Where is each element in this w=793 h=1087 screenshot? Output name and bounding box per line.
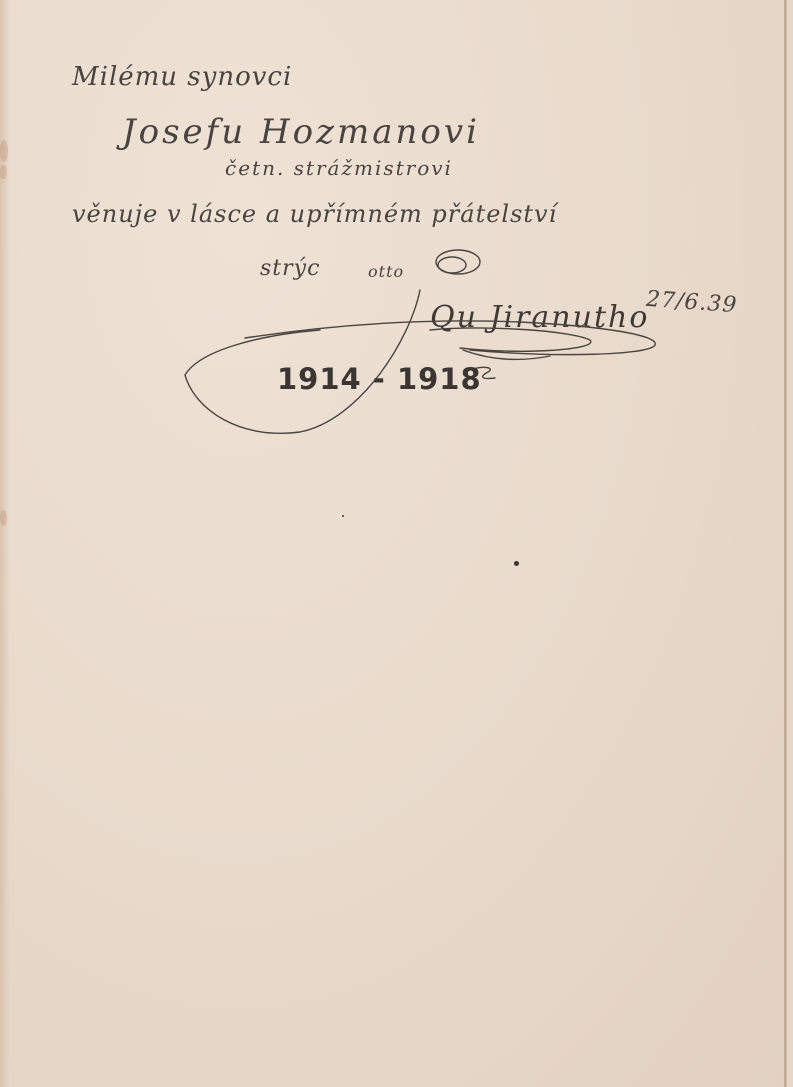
printed-title: 1914 - 1918 [277, 362, 482, 396]
signature-flourish [0, 0, 793, 1087]
book-page: Milému synovci Josefu Hozmanovi četn. st… [0, 0, 793, 1087]
